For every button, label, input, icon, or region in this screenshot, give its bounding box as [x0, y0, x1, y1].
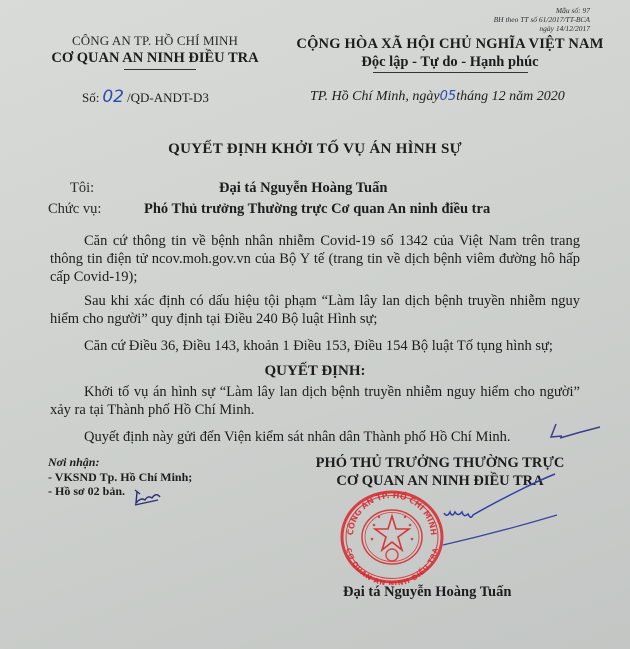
header-underline	[124, 69, 196, 70]
issuer-position: Phó Thủ trưởng Thường trực Cơ quan An ni…	[144, 201, 490, 218]
issuing-agency-header: CÔNG AN TP. HỒ CHÍ MINH CƠ QUAN AN NINH …	[30, 33, 280, 70]
official-seal-icon: CÔNG AN TP. HỒ CHÍ MINH CƠ QUAN AN NINH …	[339, 489, 445, 585]
form-circular-date: ngày 14/12/2017	[494, 24, 590, 33]
document-number: Số:02/QD-ANDT-D3	[82, 87, 209, 107]
country-name: CỘNG HÒA XÃ HỘI CHỦ NGHĨA VIỆT NAM	[270, 36, 630, 53]
motto-underline	[373, 72, 528, 73]
basis-paragraph-2: Sau khi xác định có dấu hiệu tội phạm “L…	[50, 292, 580, 328]
form-circular-ref: BH theo TT số 61/2017/TT-BCA	[494, 15, 590, 24]
national-header: CỘNG HÒA XÃ HỘI CHỦ NGHĨA VIỆT NAM Độc l…	[270, 36, 630, 73]
issuer-name: Đại tá Nguyễn Hoàng Tuấn	[219, 180, 387, 197]
decision-heading: QUYẾT ĐỊNH:	[0, 363, 630, 380]
decision-paragraph-1: Khởi tố vụ án hình sự “Làm lây lan dịch …	[50, 383, 580, 419]
recipients-heading: Nơi nhận:	[48, 455, 192, 470]
document-title: QUYẾT ĐỊNH KHỞI TỐ VỤ ÁN HÌNH SỰ	[0, 141, 630, 158]
signature-tail	[443, 515, 557, 545]
signer-agency: CƠ QUAN AN NINH ĐIỀU TRA	[290, 472, 590, 490]
issuer-label: Tôi:	[70, 180, 94, 197]
recipient-item: - Hồ sơ 02 bản.	[48, 484, 192, 499]
issue-date: TP. Hồ Chí Minh, ngày05tháng 12 năm 2020	[310, 89, 565, 105]
date-prefix: TP. Hồ Chí Minh, ngày	[310, 89, 440, 104]
date-suffix: tháng 12 năm 2020	[456, 89, 565, 104]
signature-title: PHÓ THỦ TRƯỞNG THƯỜNG TRỰC CƠ QUAN AN NI…	[290, 454, 590, 490]
document-number-label: Số:	[82, 90, 99, 105]
basis-paragraph-1: Căn cứ thông tin về bệnh nhân nhiễm Covi…	[50, 232, 580, 286]
document-number-handwritten: 02	[102, 87, 124, 107]
position-label: Chức vụ:	[48, 201, 101, 218]
signer-name: Đại tá Nguyễn Hoàng Tuấn	[343, 584, 511, 601]
basis-paragraph-3: Căn cứ Điều 36, Điều 143, khoản 1 Điều 1…	[50, 337, 580, 355]
recipients-block: Nơi nhận: - VKSND Tp. Hồ Chí Minh; - Hồ …	[48, 455, 192, 499]
form-template-note: Mẫu số: 97 BH theo TT số 61/2017/TT-BCA …	[494, 6, 590, 33]
agency-name: CÔNG AN TP. HỒ CHÍ MINH	[30, 33, 280, 49]
signer-role: PHÓ THỦ TRƯỞNG THƯỜNG TRỰC	[290, 454, 590, 472]
national-motto: Độc lập - Tự do - Hạnh phúc	[270, 54, 630, 71]
date-day-handwritten: 05	[440, 89, 457, 104]
decision-paragraph-2: Quyết định này gửi đến Viện kiểm sát nhâ…	[50, 428, 580, 446]
department-name: CƠ QUAN AN NINH ĐIỀU TRA	[30, 50, 280, 67]
svg-text:CƠ QUAN AN NINH ĐIỀU TRA: CƠ QUAN AN NINH ĐIỀU TRA	[344, 547, 440, 585]
form-number: Mẫu số: 97	[494, 6, 590, 15]
recipient-item: - VKSND Tp. Hồ Chí Minh;	[48, 470, 192, 485]
document-number-suffix: /QD-ANDT-D3	[127, 90, 209, 105]
